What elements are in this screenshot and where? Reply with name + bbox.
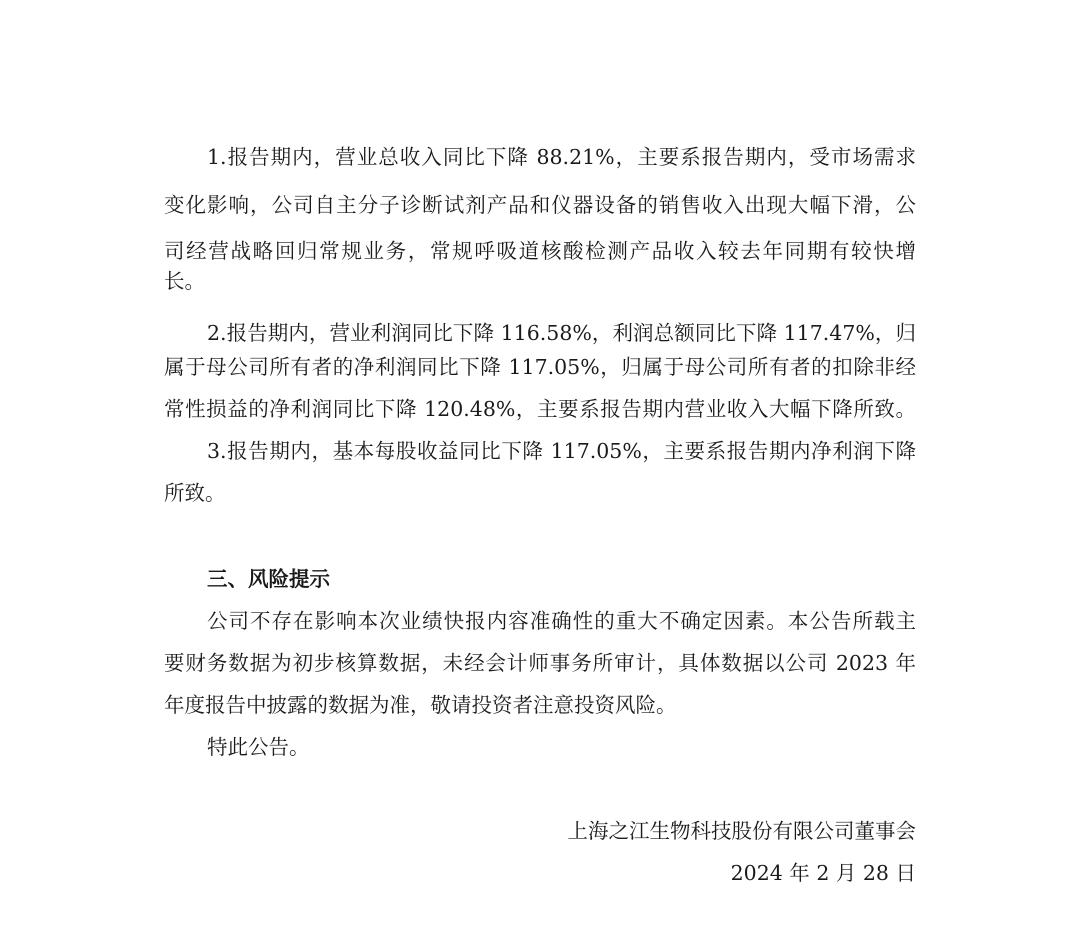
item-2-line-2: 属于母公司所有者的净利润同比下降 117.05%，归属于母公司所有者的扣除非经 — [164, 352, 916, 382]
item-2-line-3: 常性损益的净利润同比下降 120.48%，主要系报告期内营业收入大幅下降所致。 — [164, 394, 916, 424]
risk-line-1: 公司不存在影响本次业绩快报内容准确性的重大不确定因素。本公告所载主 — [207, 606, 916, 636]
item-1-line-4: 长。 — [164, 266, 916, 296]
signature-date: 2024 年 2 月 28 日 — [731, 858, 916, 888]
item-3-line-1: 3.报告期内，基本每股收益同比下降 117.05%，主要系报告期内净利润下降 — [207, 436, 916, 466]
section-heading-risk: 三、风险提示 — [207, 564, 916, 594]
item-3-line-2: 所致。 — [164, 478, 916, 508]
risk-line-2: 要财务数据为初步核算数据，未经会计师事务所审计，具体数据以公司 2023 年 — [164, 648, 916, 678]
item-2-line-1: 2.报告期内，营业利润同比下降 116.58%，利润总额同比下降 117.47%… — [207, 318, 916, 348]
item-1-line-1: 1.报告期内，营业总收入同比下降 88.21%，主要系报告期内，受市场需求 — [207, 142, 916, 172]
risk-line-3: 年度报告中披露的数据为准，敬请投资者注意投资风险。 — [164, 690, 916, 720]
announcement-page: 1.报告期内，营业总收入同比下降 88.21%，主要系报告期内，受市场需求 变化… — [0, 0, 1080, 940]
item-1-line-3: 司经营战略回归常规业务，常规呼吸道核酸检测产品收入较去年同期有较快增 — [164, 236, 916, 266]
signature-company: 上海之江生物科技股份有限公司董事会 — [568, 816, 917, 846]
closing-text: 特此公告。 — [207, 732, 916, 762]
item-1-line-2: 变化影响，公司自主分子诊断试剂产品和仪器设备的销售收入出现大幅下滑，公 — [164, 190, 916, 220]
